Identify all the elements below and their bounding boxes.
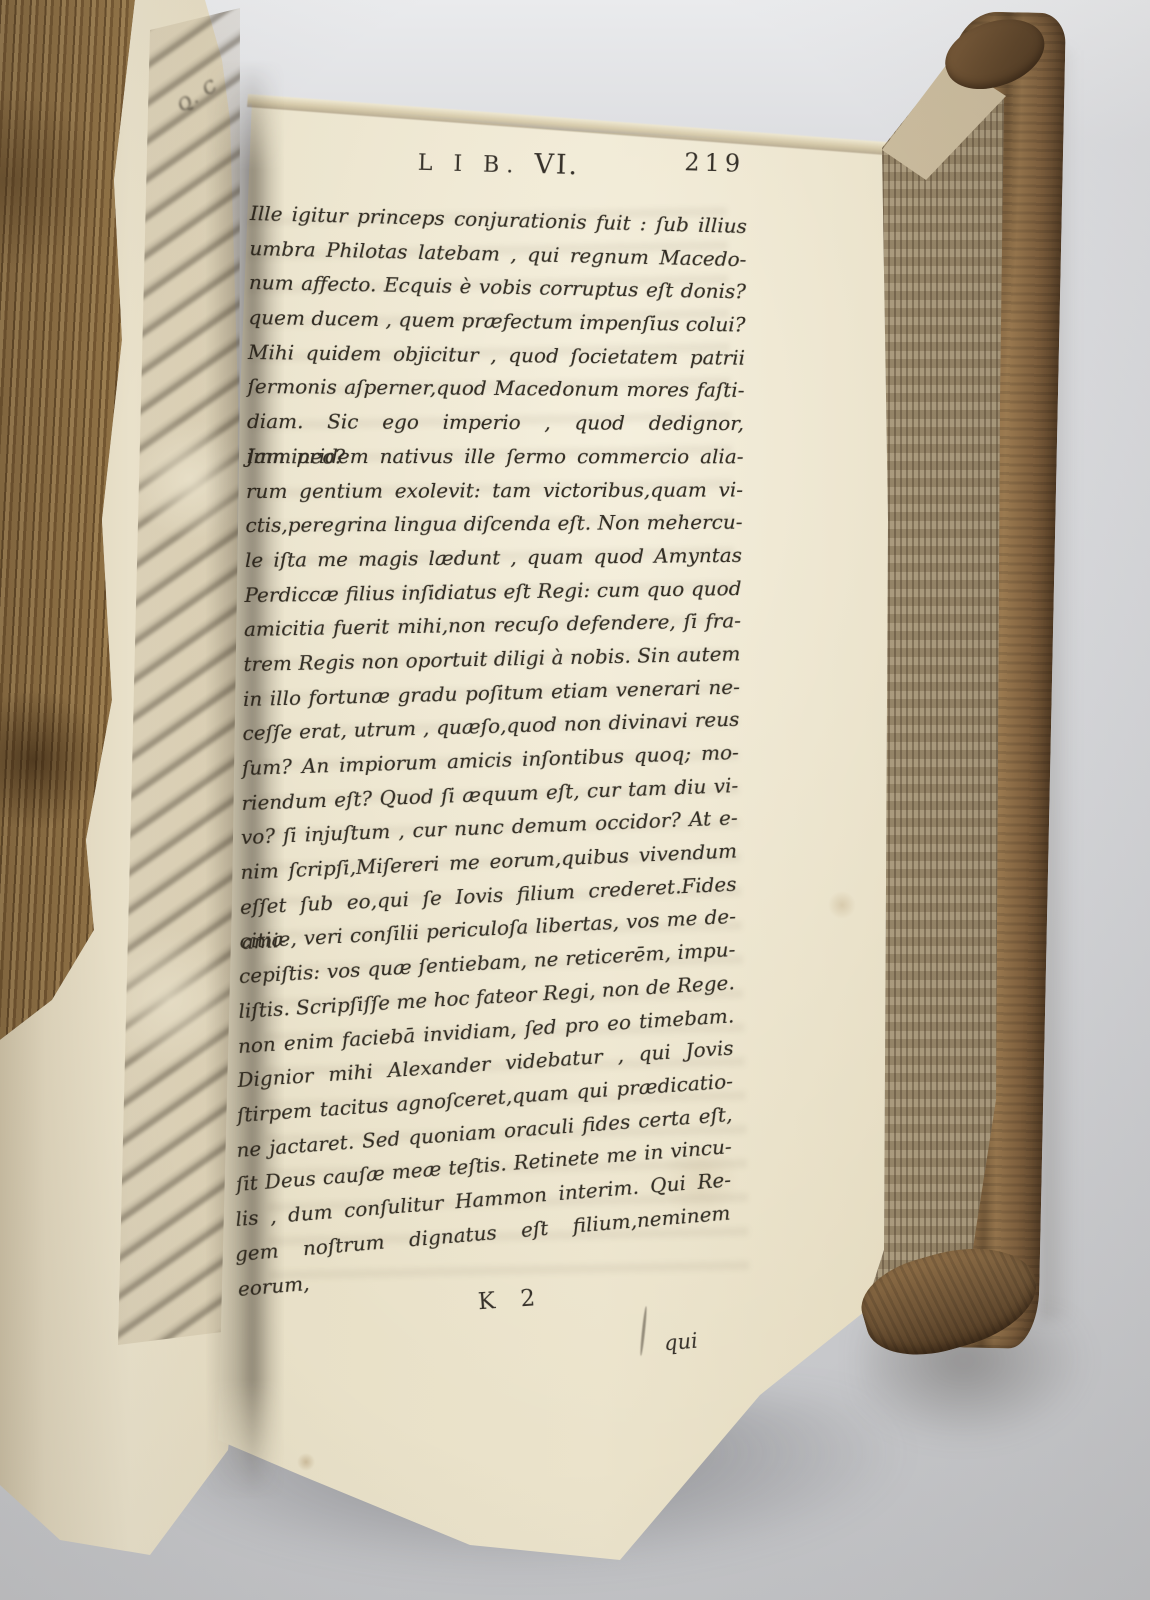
book-photo: Q. C L I B. VI. 219 Ille igitur princeps… [0, 0, 1150, 1600]
photo-vignette [0, 0, 1150, 1600]
